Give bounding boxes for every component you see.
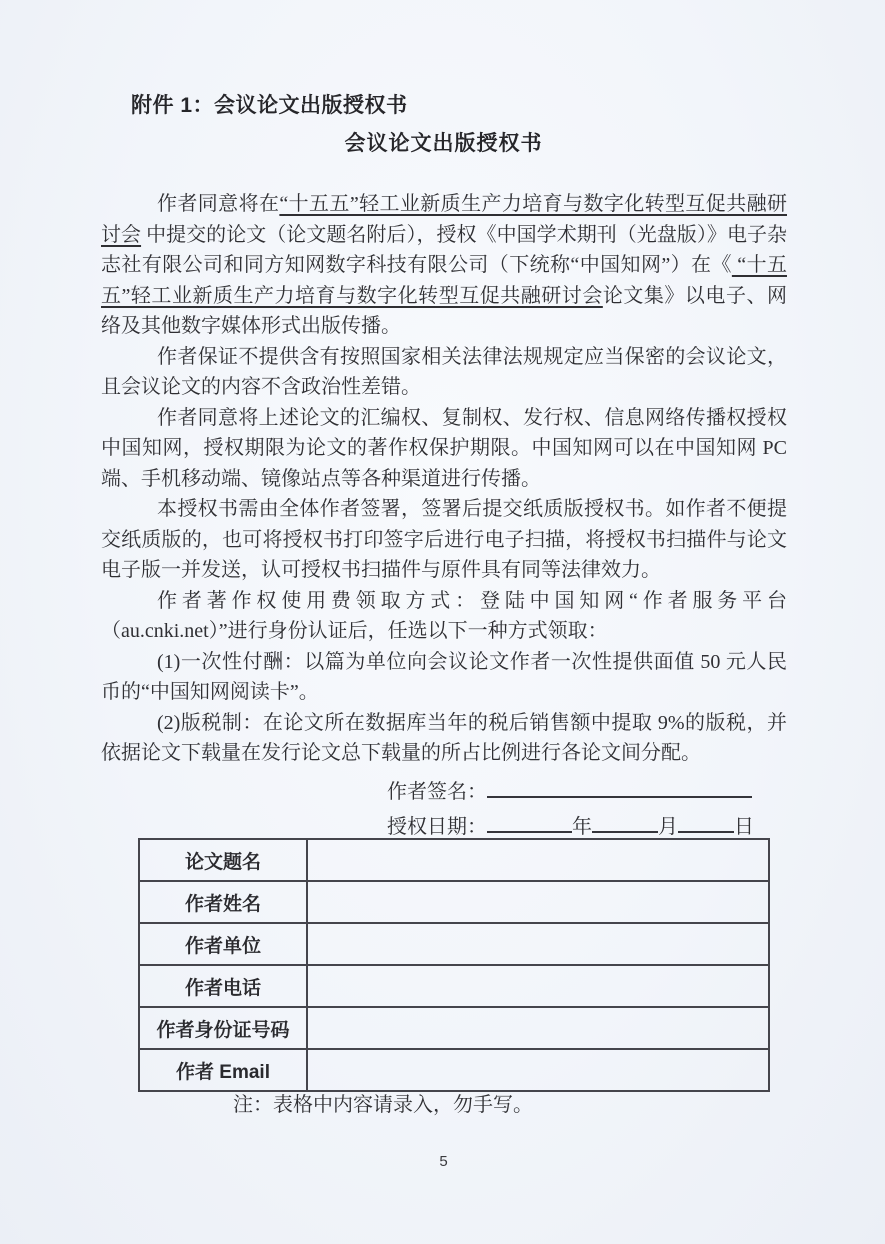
date-line: 授权日期：年月日 <box>387 814 754 840</box>
text-run: 作者著作权使用费领取方式：登陆中国知网“作者服务平台（au.cnki.net）”… <box>101 590 787 643</box>
signature-blank-line <box>487 780 752 798</box>
table-row: 作者 Email <box>139 1049 769 1091</box>
row-label: 作者 Email <box>139 1049 307 1091</box>
row-value-cell <box>307 881 769 923</box>
day-blank-line <box>678 815 734 833</box>
text-run: 作者保证不提供含有按照国家相关法律法规规定应当保密的会议论文，且会议论文的内容不… <box>101 346 787 399</box>
text-run: 作者同意将上述论文的汇编权、复制权、发行权、信息网络传播权授权中国知网，授权期限… <box>101 407 787 490</box>
paragraph-7: (2)版税制：在论文所在数据库当年的税后销售额中提取 9%的版税，并依据论文下载… <box>101 708 787 769</box>
year-blank-line <box>487 815 572 833</box>
year-label: 年 <box>572 816 592 838</box>
paragraph-2: 作者保证不提供含有按照国家相关法律法规规定应当保密的会议论文，且会议论文的内容不… <box>101 342 787 403</box>
document-heading: 会议论文出版授权书 <box>100 129 787 159</box>
footer-note: 注：表格中内容请录入，勿手写。 <box>233 1091 533 1119</box>
text-run: 本授权书需由全体作者签署，签署后提交纸质版授权书。如作者不便提交纸质版的，也可将… <box>101 498 787 581</box>
row-label: 作者电话 <box>139 965 307 1007</box>
day-label: 日 <box>734 816 754 838</box>
page-number: 5 <box>100 1153 787 1170</box>
info-table-body: 论文题名作者姓名作者单位作者电话作者身份证号码作者 Email <box>139 839 769 1091</box>
month-label: 月 <box>658 816 678 838</box>
text-run: (1)一次性付酬：以篇为单位向会议论文作者一次性提供面值 50 元人民币的“中国… <box>101 651 787 704</box>
row-label: 作者姓名 <box>139 881 307 923</box>
paragraph-1: 作者同意将在“十五五”轻工业新质生产力培育与数字化转型互促共融研讨会 中提交的论… <box>101 189 787 342</box>
row-value-cell <box>307 965 769 1007</box>
signature-label: 作者签名： <box>387 781 487 803</box>
table-row: 作者电话 <box>139 965 769 1007</box>
row-label: 论文题名 <box>139 839 307 881</box>
attachment-title: 附件 1：会议论文出版授权书 <box>131 91 408 121</box>
text-run: (2)版税制：在论文所在数据库当年的税后销售额中提取 9%的版税，并依据论文下载… <box>101 712 787 765</box>
row-value-cell <box>307 839 769 881</box>
row-value-cell <box>307 1049 769 1091</box>
row-value-cell <box>307 1007 769 1049</box>
document-body: 作者同意将在“十五五”轻工业新质生产力培育与数字化转型互促共融研讨会 中提交的论… <box>101 189 787 769</box>
text-run: 作者同意将在 <box>157 193 279 215</box>
row-label: 作者身份证号码 <box>139 1007 307 1049</box>
author-info-table: 论文题名作者姓名作者单位作者电话作者身份证号码作者 Email <box>138 838 770 1092</box>
table-row: 作者单位 <box>139 923 769 965</box>
table-row: 作者身份证号码 <box>139 1007 769 1049</box>
month-blank-line <box>592 815 658 833</box>
text-run: 中提交的论文（论文题名附后），授权《中国学术期刊（光盘版）》电子杂志社有限公司和… <box>101 224 787 277</box>
row-value-cell <box>307 923 769 965</box>
paragraph-3: 作者同意将上述论文的汇编权、复制权、发行权、信息网络传播权授权中国知网，授权期限… <box>101 403 787 495</box>
paragraph-6: (1)一次性付酬：以篇为单位向会议论文作者一次性提供面值 50 元人民币的“中国… <box>101 647 787 708</box>
scanned-document-page: 附件 1：会议论文出版授权书 会议论文出版授权书 作者同意将在“十五五”轻工业新… <box>0 0 885 1244</box>
signature-line: 作者签名： <box>387 779 752 805</box>
paragraph-4: 本授权书需由全体作者签署，签署后提交纸质版授权书。如作者不便提交纸质版的，也可将… <box>101 494 787 586</box>
paragraph-5: 作者著作权使用费领取方式：登陆中国知网“作者服务平台（au.cnki.net）”… <box>101 586 787 647</box>
table-row: 作者姓名 <box>139 881 769 923</box>
row-label: 作者单位 <box>139 923 307 965</box>
table-row: 论文题名 <box>139 839 769 881</box>
date-label: 授权日期： <box>387 816 487 838</box>
